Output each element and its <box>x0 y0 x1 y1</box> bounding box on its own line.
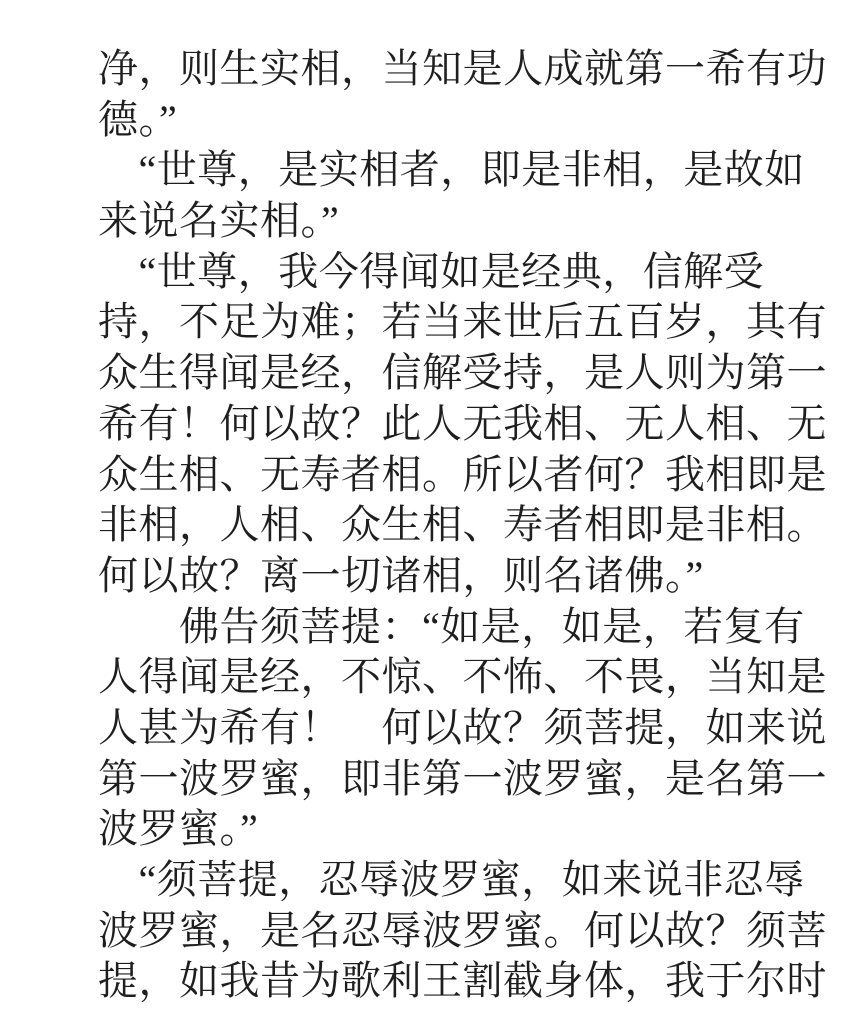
text-line: “须菩提，忍辱波罗蜜，如来说非忍辱 <box>98 855 844 906</box>
text-lines: 净，则生实相，当知是人成就第一希有功德。” “世尊，是实相者，即是非相，是故如来… <box>98 44 844 1007</box>
text-line: 人甚为希有！ 何以故？须菩提，如来说 <box>98 703 844 754</box>
text-line: 众生相、无寿者相。所以者何？我相即是 <box>98 450 844 501</box>
text-line: 德。” <box>98 95 844 146</box>
text-line: “世尊，我今得闻如是经典，信解受 <box>98 247 844 298</box>
text-line: 第一波罗蜜，即非第一波罗蜜，是名第一 <box>98 754 844 805</box>
text-line: 佛告须菩提：“如是，如是，若复有 <box>98 602 844 653</box>
text-line: 来说名实相。” <box>98 196 844 247</box>
text-line: 希有！何以故？此人无我相、无人相、无 <box>98 399 844 450</box>
text-line: 提，如我昔为歌利王割截身体，我于尔时 <box>98 956 844 1007</box>
text-line: 何以故？离一切诸相，则名诸佛。” <box>98 551 844 602</box>
text-line: 人得闻是经，不惊、不怖、不畏，当知是 <box>98 652 844 703</box>
text-line: 波罗蜜。” <box>98 804 844 855</box>
text-line: 非相，人相、众生相、寿者相即是非相。 <box>98 500 844 551</box>
text-line: 持，不足为难；若当来世后五百岁，其有 <box>98 297 844 348</box>
document-page: 净，则生实相，当知是人成就第一希有功德。” “世尊，是实相者，即是非相，是故如来… <box>0 0 864 1024</box>
text-line: 净，则生实相，当知是人成就第一希有功 <box>98 44 844 95</box>
text-line: 众生得闻是经，信解受持，是人则为第一 <box>98 348 844 399</box>
text-line: “世尊，是实相者，即是非相，是故如 <box>98 145 844 196</box>
text-line: 波罗蜜，是名忍辱波罗蜜。何以故？须菩 <box>98 906 844 957</box>
